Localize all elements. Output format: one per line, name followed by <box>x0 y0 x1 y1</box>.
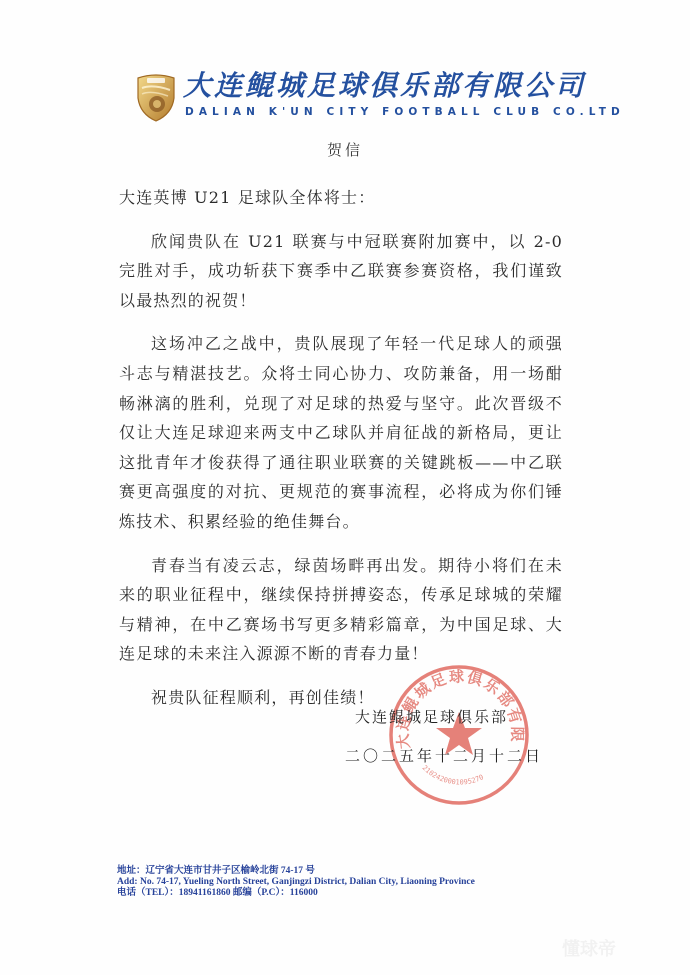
svg-text:2102420001095270: 2102420001095270 <box>421 764 485 787</box>
paragraph-congratulations: 欣闻贵队在 U21 联赛与中冠联赛附加赛中，以 2-0 完胜对手，成功斩获下赛季… <box>119 227 563 316</box>
company-name-en: DALIAN K'UN CITY FOOTBALL CLUB CO.LTD <box>185 106 625 118</box>
letter-title: 贺信 <box>0 139 690 160</box>
paragraph-expectations: 青春当有凌云志，绿茵场畔再出发。期待小将们在未来的职业征程中，继续保持拼搏姿态，… <box>119 551 563 669</box>
letterhead: 大连鲲城足球俱乐部有限公司 DALIAN K'UN CITY FOOTBALL … <box>135 68 565 128</box>
footer-address-en: Add: No. 74-17, Yueling North Street, Ga… <box>117 877 557 888</box>
salutation: 大连英博 U21 足球队全体将士： <box>119 183 563 213</box>
letter-page: 大连鲲城足球俱乐部有限公司 DALIAN K'UN CITY FOOTBALL … <box>0 0 690 975</box>
footer-phone: 电话（TEL）：18941161860 邮编（P.C）：116000 <box>117 888 557 899</box>
watermark-logo-icon: 懂球帝 <box>562 935 682 965</box>
footer-address-cn: 地址：辽宁省大连市甘井子区榆岭北街 74-17 号 <box>117 866 557 877</box>
footer-contact: 地址：辽宁省大连市甘井子区榆岭北街 74-17 号 Add: No. 74-17… <box>117 866 557 899</box>
paragraph-match-review: 这场冲乙之战中，贵队展现了年轻一代足球人的顽强斗志与精湛技艺。众将士同心协力、攻… <box>119 329 563 536</box>
letter-body: 大连英博 U21 足球队全体将士： 欣闻贵队在 U21 联赛与中冠联赛附加赛中，… <box>119 183 563 727</box>
signature: 大连鲲城足球俱乐部 <box>355 706 508 727</box>
company-name-cn: 大连鲲城足球俱乐部有限公司 <box>183 70 586 102</box>
letter-date: 二〇二五年十二月十二日 <box>345 745 543 766</box>
company-seal-icon: 大连鲲城足球俱乐部有限公司 2102420001095270 <box>388 664 530 806</box>
club-crest-icon <box>135 72 177 122</box>
